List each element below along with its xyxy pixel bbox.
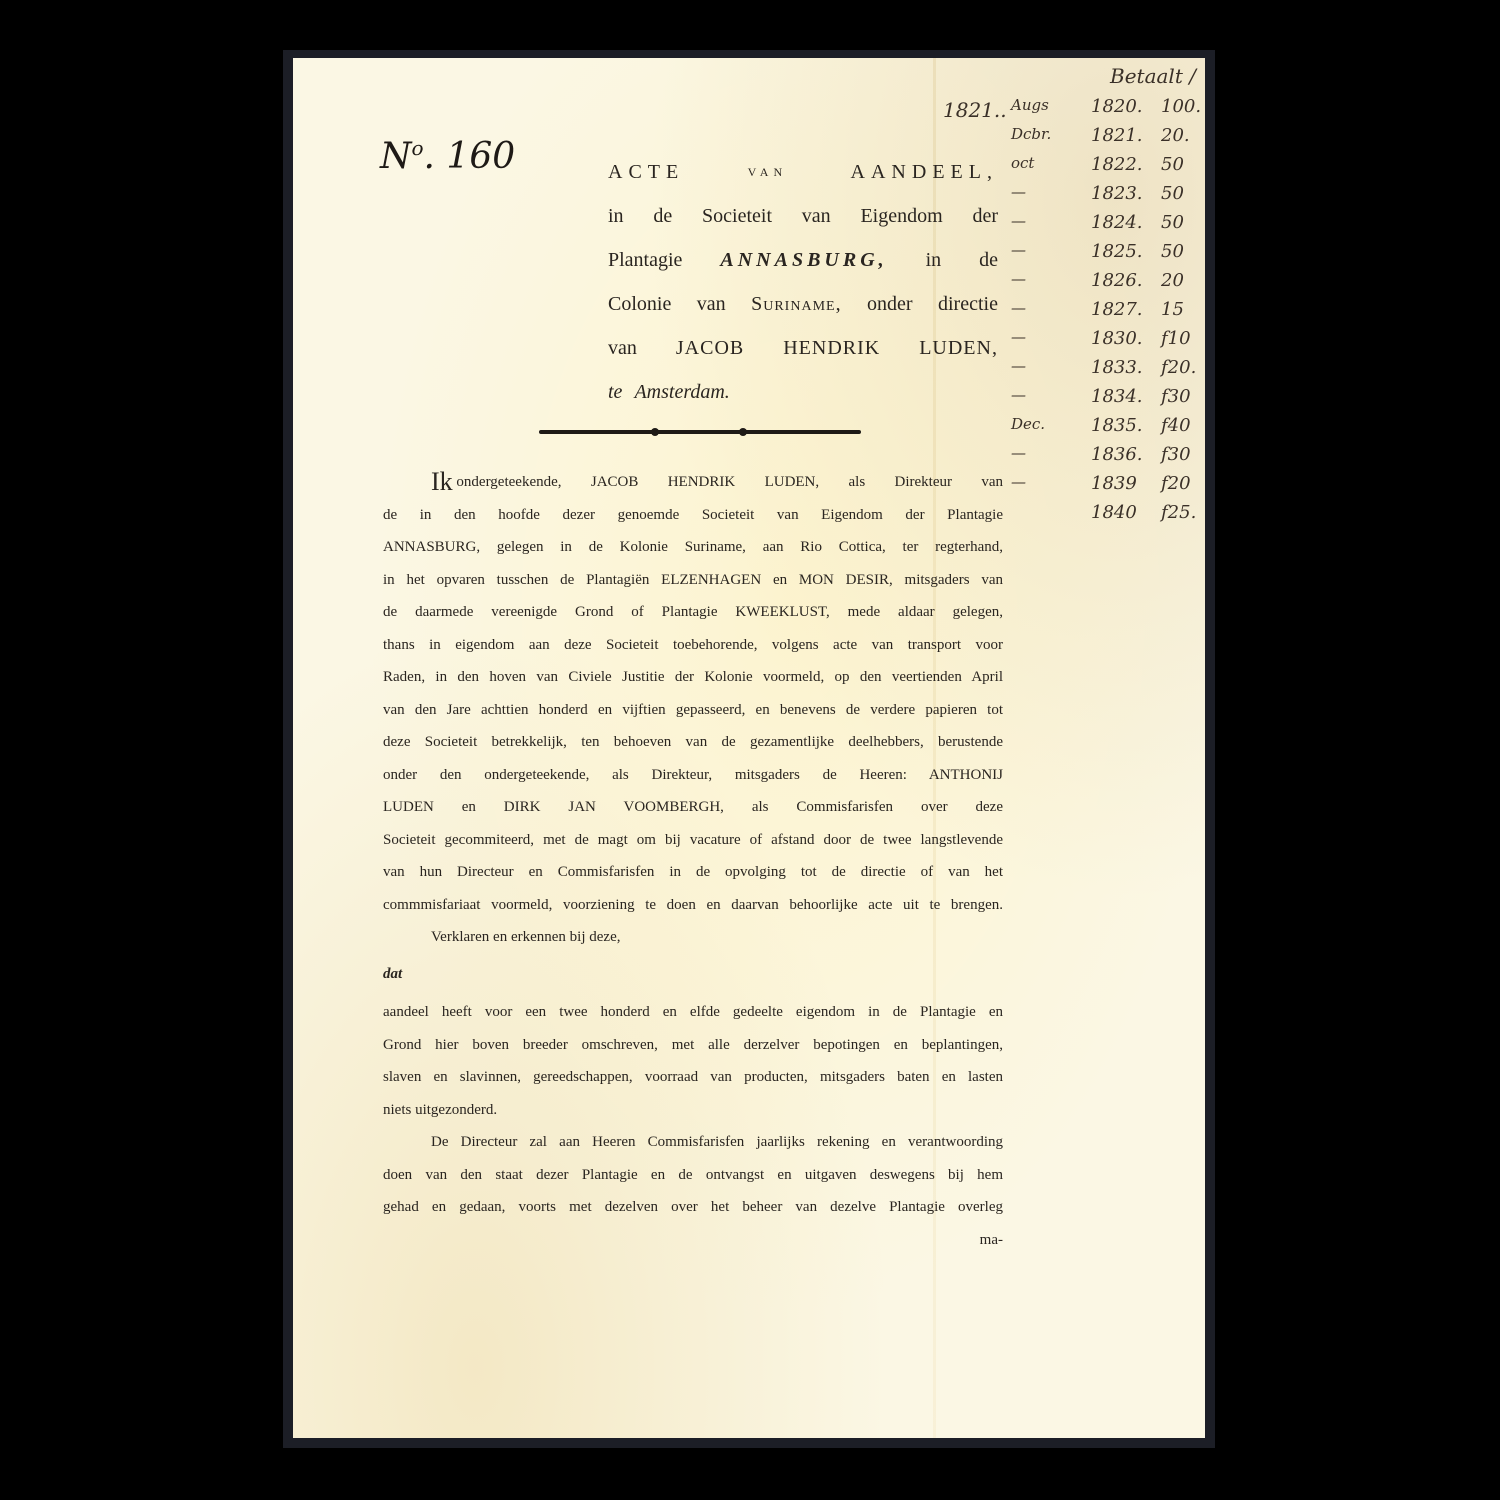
- body-line: thans in eigendom aan deze Societeit toe…: [383, 629, 1003, 662]
- share-line: slaven en slavinnen, gereedschappen, voo…: [383, 1061, 1003, 1094]
- ledger-heading: Betaalt /: [1110, 64, 1196, 88]
- ledger-row: —1834.f30: [1011, 386, 1203, 415]
- title-block: ACTE van AANDEEL, indeSocieteitvanEigend…: [608, 150, 998, 414]
- body-line: van den Jare achttien honderd en vijftie…: [383, 694, 1003, 727]
- title-line: vanJACOBHENDRIKLUDEN,: [608, 326, 998, 370]
- body-line: de daarmede vereenigde Grond of Plantagi…: [383, 596, 1003, 629]
- body-line: de in den hoofde dezer genoemde Societei…: [383, 499, 1003, 532]
- body-line: in het opvaren tusschen de Plantagiën EL…: [383, 564, 1003, 597]
- ledger-row: —1827.15: [1011, 299, 1203, 328]
- document-page: No. 160 ACTE van AANDEEL, indeSocieteitv…: [293, 58, 1205, 1438]
- document-body: Ik ondergeteekende, JACOB HENDRIK LUDEN,…: [383, 466, 1003, 1256]
- ledger-row: 1840f25.: [1011, 502, 1203, 531]
- ledger-row: —1823.50: [1011, 183, 1203, 212]
- ledger-row: —1826.20: [1011, 270, 1203, 299]
- title-line: ColonievanSuriname,onderdirectie: [608, 282, 998, 326]
- title-line: teAmsterdam.: [608, 370, 998, 414]
- body-line: Societeit gecommiteerd, met de magt om b…: [383, 824, 1003, 857]
- ledger-row: —1825.50: [1011, 241, 1203, 270]
- ledger-row: —1824.50: [1011, 212, 1203, 241]
- body-line: commmisfariaat voormeld, voorziening te …: [383, 889, 1003, 922]
- body-line: deze Societeit betrekkelijk, ten behoeve…: [383, 726, 1003, 759]
- director-line: gehad en gedaan, voorts met dezelven ove…: [383, 1191, 1003, 1224]
- share-line: aandeel heeft voor een twee honderd en e…: [383, 996, 1003, 1029]
- ledger-issue-year: 1821..: [943, 98, 1007, 122]
- ledger-row: Dec.1835.f40: [1011, 415, 1203, 444]
- ledger-row: —1833.f20.: [1011, 357, 1203, 386]
- title-line: indeSocieteitvanEigendomder: [608, 194, 998, 238]
- body-line: Ik ondergeteekende, JACOB HENDRIK LUDEN,…: [383, 466, 1003, 499]
- ledger-row: —1830.f10: [1011, 328, 1203, 357]
- dat-line: dat: [383, 958, 1003, 991]
- director-line: De Directeur zal aan Heeren Commisfarisf…: [383, 1126, 1003, 1159]
- declaration-line: Verklaren en erkennen bij deze,: [383, 921, 1003, 954]
- catchword: ma-: [383, 1224, 1003, 1257]
- body-line: van hun Directeur en Commisfarisfen in d…: [383, 856, 1003, 889]
- ledger-row: —1836.f30: [1011, 444, 1203, 473]
- ledger-row: Dcbr.1821.20.: [1011, 125, 1203, 154]
- body-line: Raden, in den hoven van Civiele Justitie…: [383, 661, 1003, 694]
- ledger-row: oct1822.50: [1011, 154, 1203, 183]
- payment-ledger: Augs1820.100. Dcbr.1821.20. oct1822.50 —…: [1011, 96, 1203, 531]
- ledger-row: Augs1820.100.: [1011, 96, 1203, 125]
- share-line: niets uitgezonderd.: [383, 1094, 1003, 1127]
- share-line: Grond hier boven breeder omschreven, met…: [383, 1029, 1003, 1062]
- ledger-row: —1839f20: [1011, 473, 1203, 502]
- title-line: ACTE van AANDEEL,: [608, 150, 998, 194]
- body-line: ANNASBURG, gelegen in de Kolonie Surinam…: [383, 531, 1003, 564]
- ornamental-rule: [539, 430, 861, 434]
- body-line: onder den ondergeteekende, als Direkteur…: [383, 759, 1003, 792]
- director-line: doen van den staat dezer Plantagie en de…: [383, 1159, 1003, 1192]
- certificate-number: No. 160: [380, 136, 515, 177]
- body-line: LUDEN en DIRK JAN VOOMBERGH, als Commisf…: [383, 791, 1003, 824]
- title-line: PlantagieANNASBURG,inde: [608, 238, 998, 282]
